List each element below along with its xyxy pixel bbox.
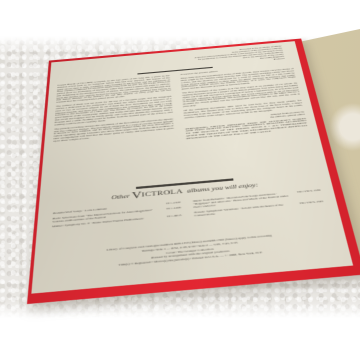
catalog-number: VIC/VICS-1336 [296,188,322,199]
red-border-jacket: Recorded at the Academy of Music in the … [27,39,360,305]
footer-block: Library of Congress card catalogue numbe… [67,230,315,271]
notes-right-column: A word on the present edition More fully… [180,64,318,181]
heading-prefix: Other [111,193,129,201]
catalog-number: VIC/VICS-1345 [299,199,324,207]
dust-speck [69,219,71,220]
album-list-left: Brahms/Wolf Songs · Lotte Lehmann VIC-13… [52,201,182,232]
album-jacket-back: Recorded at the Academy of Music in the … [27,39,360,305]
liner-notes-columns: Joseph Haydn (1732-1809) occupied, in th… [49,64,319,194]
victrola-brand-initial: V [132,189,142,201]
notes-left-column: Joseph Haydn (1732-1809) occupied, in th… [49,75,178,194]
catalog-number: VIC-1320 [166,201,181,205]
victrola-brand: ICTROLA [141,187,183,198]
liner-notes-panel: Recorded at the Academy of Music in the … [31,41,353,294]
album-list-right: Music from Bohemia · Moravian Folk Songs… [193,188,325,218]
catalog-number: VIC-6015 [167,214,182,218]
catalog-number: VIC-1266 [166,206,181,213]
